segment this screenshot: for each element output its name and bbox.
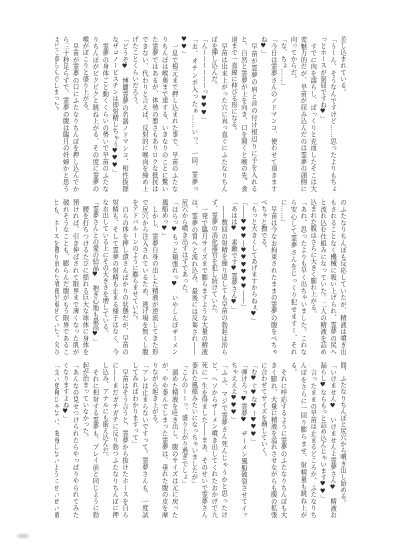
paragraph: すでに肉を濡らし、ぱっくりと充血したそこは大変魅力的だが、早苗が屈み込んだのは霊…	[288, 36, 318, 192]
paragraph: 早苗はそう言うと、霊夢から抜けたホースを自らに――まだガチガチに反り勃つふたなり…	[99, 362, 129, 518]
paragraph: それに呼応するように霊夢のふたなりちんぽも大きく膨れ、大量に精液を溢れさせながら…	[258, 362, 288, 518]
paragraph: 「今日は霊夢さんのノドマンコ、使わせて頂きますね♥」	[258, 36, 278, 192]
paragraph: 「な、ちょ……」	[278, 36, 288, 192]
paragraph: 「霊夢さんとの愛の結晶♥ 抱き心地も最高♥」	[89, 199, 99, 355]
paragraph: 「あんなの見せつけられたらやっぱりやられてみたくなりますよね♥」	[60, 362, 80, 518]
paragraph: 「む♥ぐ♥な♥ー♥♥♥」	[248, 362, 258, 518]
paragraph: 早苗は出来上がった穴に真っ直ぐにふたなりちんぽを挿し込んだ。	[208, 36, 228, 192]
paragraph: 一息で根元まで押し込まれた事で、早苗のふたなりちんぽは喉奥まで達する、いきなりの…	[129, 36, 179, 192]
paragraph: 「いけません♥ いけませんよ霊夢さん♥ 精液お漏らし♥ならもっと詰め込んじゃいま…	[317, 362, 337, 518]
novel-page: 差し込まれている。「うーん、そうなんですけど……思ったよりもちょっとホースが窮屈…	[0, 0, 400, 560]
text-band-middle: のふたなりちんぽも反応していたが、精液は噴き出もされることなく機械に吸い上げられ…	[55, 199, 347, 355]
paragraph: 霊夢の身体ごと動くくらいの勢いで早苗のふたなりちんぽがビクビクと跳ね上がる、その…	[80, 36, 110, 192]
paragraph: ――数回の射精を繰り返しても早苗の勃起は治らず、霊夢の消化器官を犯し続けていた。	[208, 199, 228, 355]
paragraph: 腰を打ちつけるたびに揺れる巨大な球体に身体を預ければ、引き伸ばされて限界まで薄く…	[55, 199, 89, 355]
paragraph: のふたなりちんぽも反応していたが、精液は噴き出もされることなく機械に吸い上げられ…	[307, 199, 347, 355]
paragraph: 「どうぞ♥ 博麗霊夢の名器ノドマンコ、相性抜群なザコノービスチンは即射精しちゃう…	[109, 36, 129, 192]
paragraph: 「んーーーーーーっ♥♥♥」	[198, 36, 208, 192]
paragraph: 自らの体を押し潰さんばかりの状態だが、早苗の射精も、そして霊夢の射精も止まる様子…	[99, 199, 129, 355]
paragraph: 溜めた精液を吐き出し、腹のサイズは元に戻ったが、やや萎んでしまった霊夢は、垂れた…	[149, 362, 179, 518]
paragraph: 「あれ、思ったよりも早く出ちゃいました。これなら安心して霊夢さんをじっくり犯せま…	[278, 199, 308, 355]
text-band-bottom: 間、ふたなりちんぽと尻穴から噴き出し始める。「いけません♥ いけませんよ霊夢さん…	[55, 362, 347, 518]
paragraph: 「弾けろっ♥霊夢♥ ザーメン風船破裂させてイッちゃえええ♥♥♥」	[228, 362, 248, 518]
paragraph: 「お、オチンポ入ったぁ……いっ、一回、霊夢っ♥♥」	[179, 36, 199, 192]
paragraph: 「もっと大きくしてあげますからねぇ♥」	[248, 199, 258, 355]
paragraph: 「うーん、そうなんですけど……思ったよりもちょっとホースが窮屈ですね♥」	[317, 36, 337, 192]
text-band-top: 差し込まれている。「うーん、そうなんですけど……思ったよりもちょっとホースが窮屈…	[55, 36, 347, 192]
paragraph: 一発で臨月サイズまで膨らますような大量の精液は、霊夢の胃へと流れ込み、最後には反…	[179, 199, 209, 355]
paragraph: 差し込まれている。	[337, 36, 347, 192]
paragraph: 言ったままの早苗は止まるどころか、ふたなりちんぽをさらに一回り膨らませ、射精量も…	[288, 362, 318, 518]
paragraph: 「こんのーーっ、盛り上がり過ぎでしょ」	[179, 362, 189, 518]
paragraph: 間、ふたなりちんぽと尻穴から噴き出し始める。	[337, 362, 347, 518]
paragraph: 早苗は今なお拘束されたままの霊夢の腹をべちゃべちゃと撫でる。	[258, 199, 278, 355]
paragraph: しかし、霊夢自身の出した精液が逆流してきた形で尻穴から注入されているため、逃げ場…	[129, 199, 159, 355]
page-content: 差し込まれている。「うーん、そうなんですけど……思ったよりもちょっとホースが窮屈…	[55, 36, 347, 525]
paragraph: 「――♥♥♥―♥♥♥♥♥♥――」	[238, 199, 248, 355]
paragraph: 「ほらっ♥もっと頬張れっ♥ いやしんぼザーメン風船めっ♥」	[159, 199, 179, 355]
paragraph: 「ふふ、マジで霊夢さん死んじゃうかと思ったけど、ヘソからザーメン噴き出してくれた…	[189, 362, 229, 518]
paragraph: それに相対する霊夢も、プレイ前と同じように勃起が治まっていなかった。	[80, 362, 100, 518]
paragraph: 「アレは止まらないですって。霊夢さんも、一度試してみればわかりますって」	[129, 362, 149, 518]
paragraph: 早苗が霊夢の口にふたなりちんぽを押し込んでから三十秒足らずで、霊夢の腹は臨月の妊…	[55, 36, 80, 192]
paragraph: 「あはは♥ 素敵です♥霊夢さん♥」	[228, 199, 238, 355]
paragraph: 「良い度胸じゃない、後悔しないようにせいぜい頑張りなさいよ♥」	[55, 362, 60, 518]
paragraph: 早苗が霊夢の肩と首の付け根辺りに手を入れると、自然と霊夢が上を向き、口を開くと喉…	[228, 36, 258, 192]
page-number-mark	[16, 533, 30, 539]
